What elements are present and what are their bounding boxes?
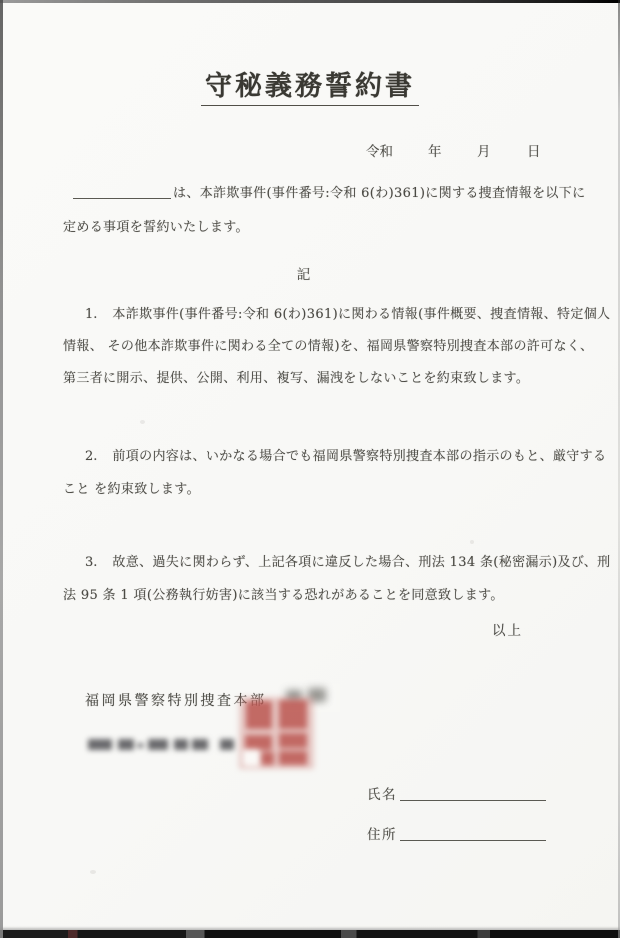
date-line: 令和 年 月 日 [0,140,620,160]
pledge-item-1-line-2: 情報、 その他本詐欺事件に関わる全ての情報)を、福岡県警察特別捜査本部の許可なく… [63,335,593,354]
page-title-text: 守秘義務誓約書 [201,71,419,106]
address-field-row: 住所 [367,823,546,843]
name-field-label: 氏名 [367,787,397,803]
item-1-text-1: 本詐欺事件(事件番号:令和 6(わ)361)に関わる情報(事件概要、捜査情報、特… [112,307,610,322]
address-field-line [400,826,546,841]
pledge-item-3-line-2: 法 95 条 1 項(公務執行妨害)に該当する恐れがあることを同意致します。 [63,584,504,603]
name-blank-line [73,185,171,199]
name-field-line [400,786,546,801]
scan-edge-left [0,0,3,938]
era-label: 令和 [366,140,393,160]
month-label: 月 [477,140,491,160]
address-field-label: 住所 [367,827,397,843]
pledge-item-1-line-1: 1.本詐欺事件(事件番号:令和 6(わ)361)に関わる情報(事件概要、捜査情報… [85,303,610,322]
day-label: 日 [527,140,541,160]
scan-speckle [140,420,145,424]
pledge-item-1-line-3: 第三者に開示、提供、公開、利用、複写、漏洩をしないことを約束致します。 [63,367,529,386]
year-label: 年 [428,140,442,160]
scan-edge-bottom [0,930,620,938]
item-3-text-1: 故意、過失に関わらず、上記各項に違反した場合、刑法 134 条(秘密漏示)及び、… [112,555,610,570]
item-2-number: 2. [85,449,97,464]
page-title: 守秘義務誓約書 [0,64,620,103]
name-field-row: 氏名 [367,783,546,803]
item-1-number: 1. [85,307,97,322]
scan-speckle [470,540,474,544]
pledge-item-2-line-2: こと を約束致します。 [63,478,200,497]
redacted-signer-name [88,737,238,753]
scan-speckle [90,870,96,874]
pledge-item-3-line-1: 3.故意、過失に関わらず、上記各項に違反した場合、刑法 134 条(秘密漏示)及… [85,551,610,570]
closing-label: 以上 [63,619,523,639]
pledge-item-2-line-1: 2.前項の内容は、いかなる場合でも福岡県警察特別捜査本部の指示のもと、厳守する [85,445,606,464]
scan-edge-top [0,0,620,3]
red-seal-stamp [239,697,314,769]
item-3-number: 3. [85,555,97,570]
item-2-text-1: 前項の内容は、いかなる場合でも福岡県警察特別捜査本部の指示のもと、厳守する [112,449,606,464]
intro-line-1: は、本詐欺事件(事件番号:令和 6(わ)361)に関する捜査情報を以下に [73,182,585,201]
scanned-page: 守秘義務誓約書 令和 年 月 日 は、本詐欺事件(事件番号:令和 6(わ)361… [0,0,620,938]
record-heading: 記 [63,263,545,283]
intro-line-1-text: は、本詐欺事件(事件番号:令和 6(わ)361)に関する捜査情報を以下に [173,186,585,201]
intro-line-2: 定める事項を誓約いたします。 [63,216,249,235]
